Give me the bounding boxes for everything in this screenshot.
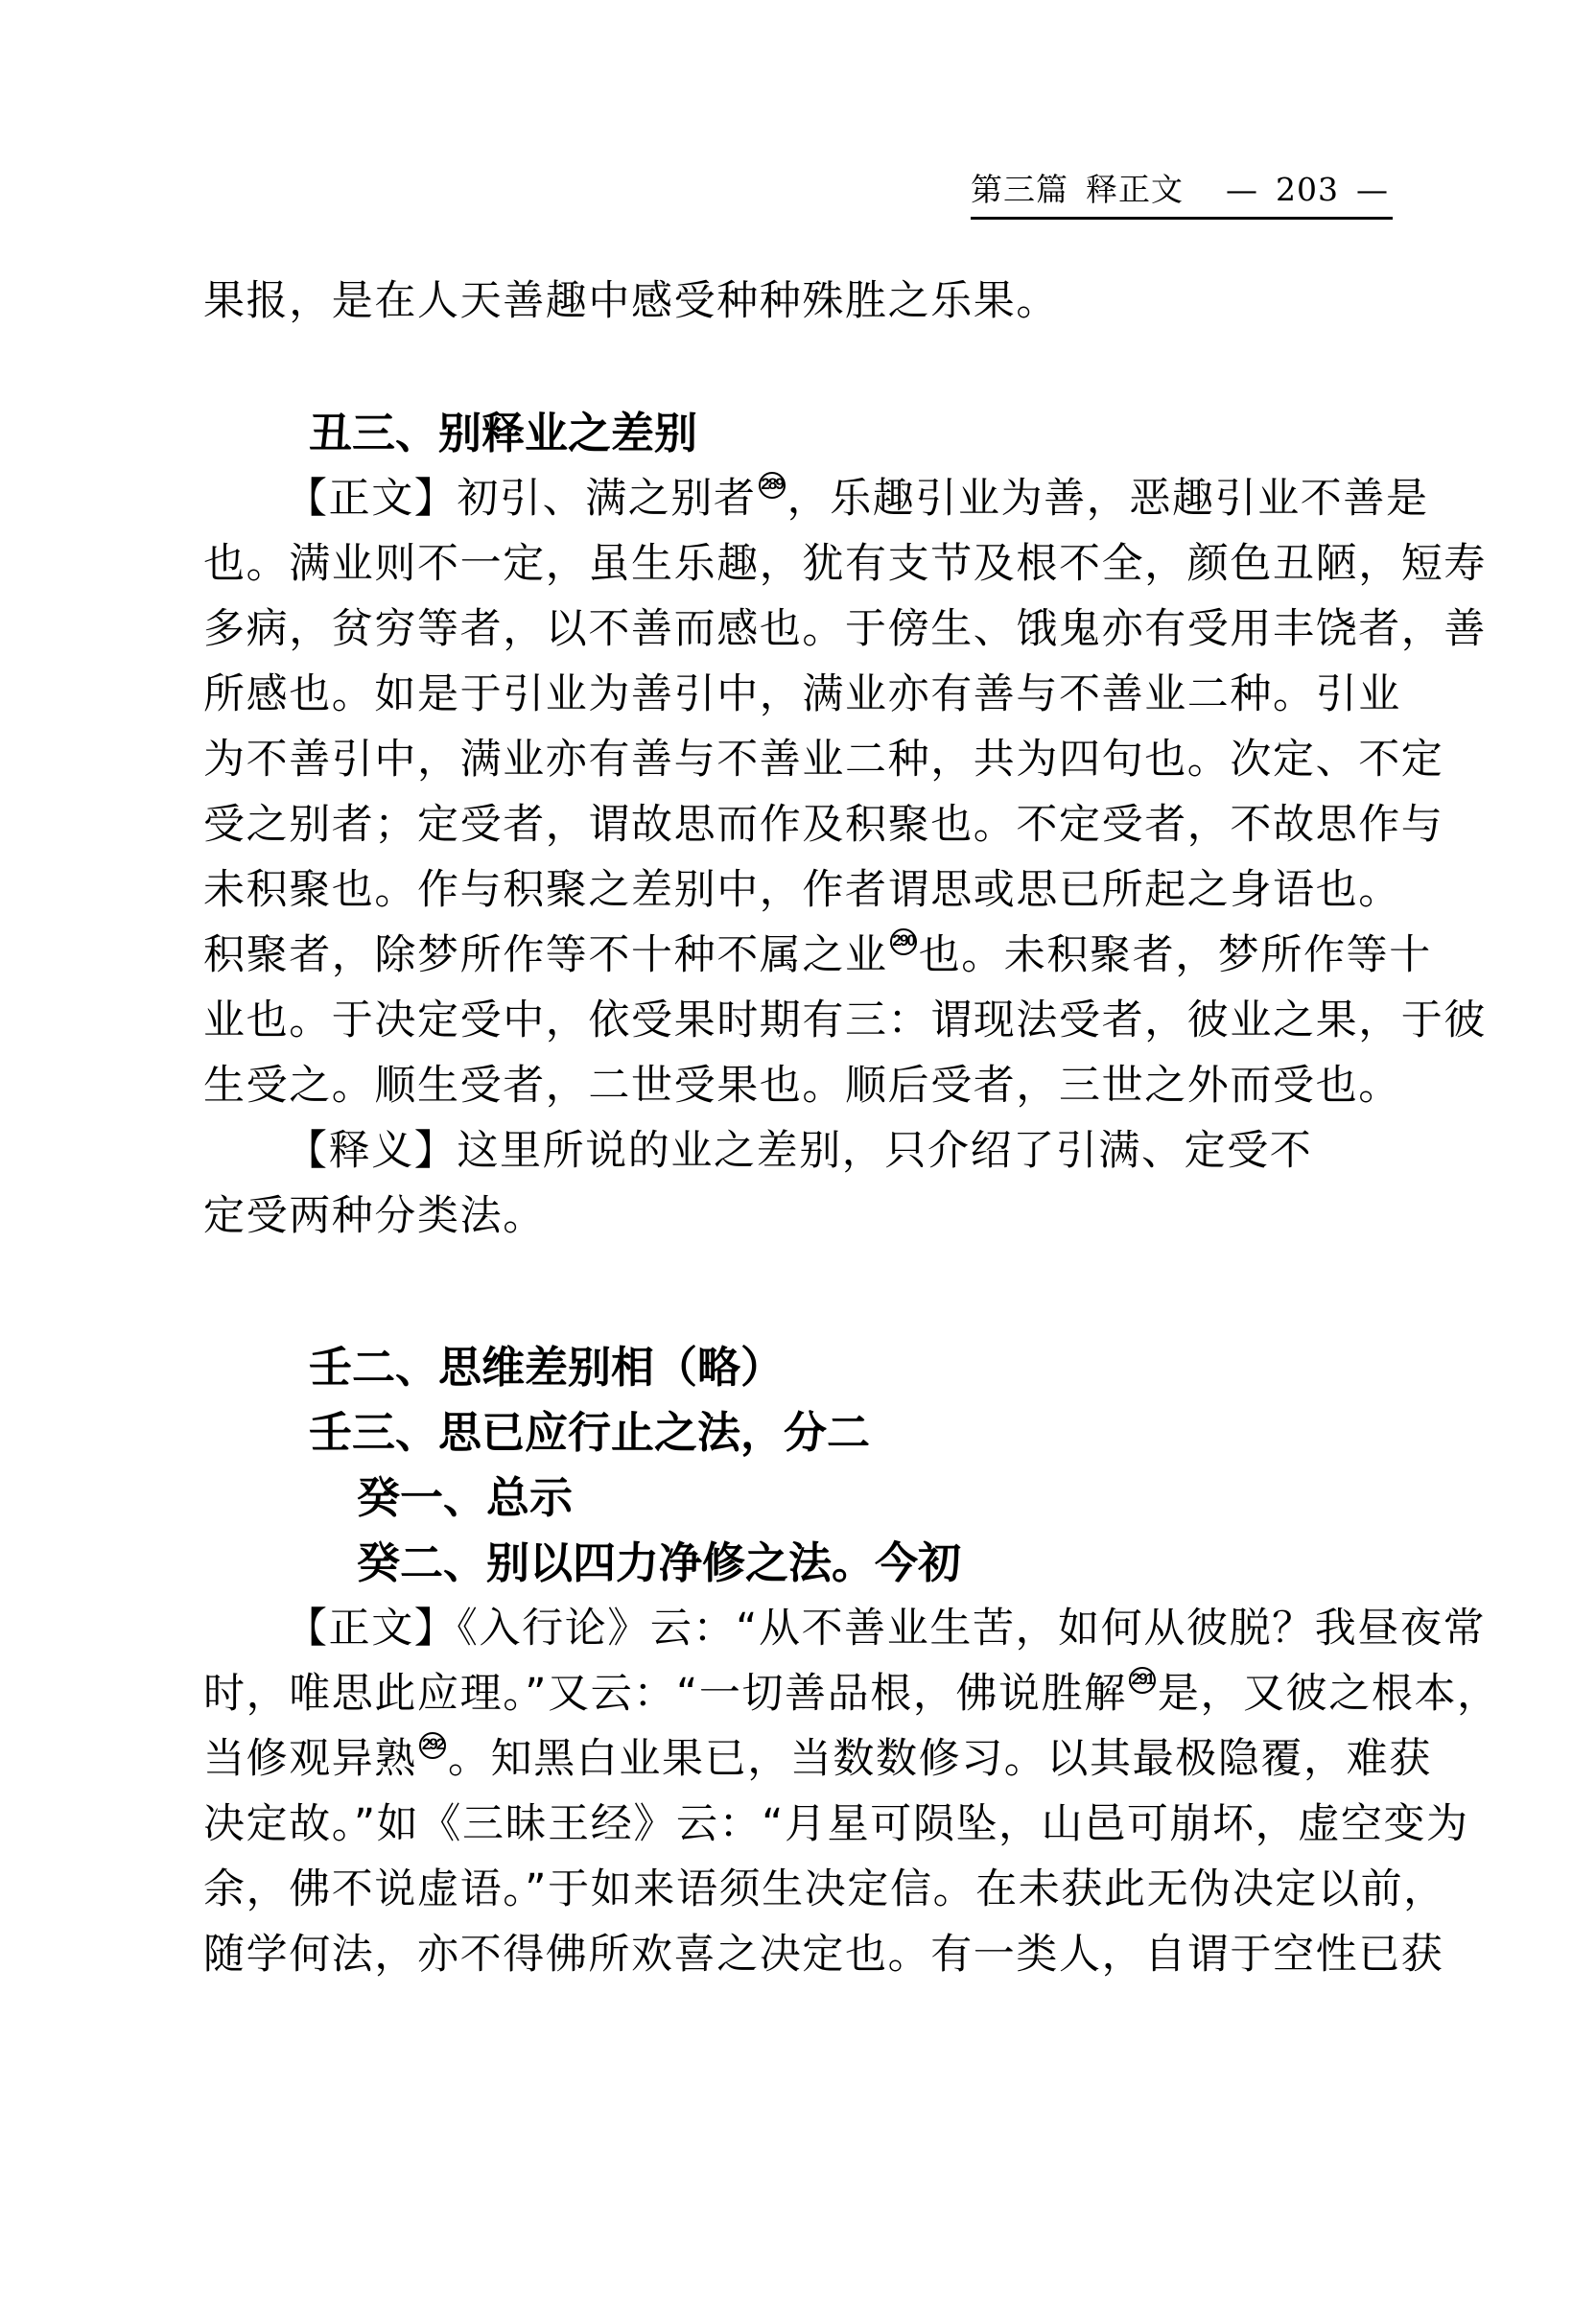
paragraph-line: 也。满业则不一定，虽生乐趣，犹有支节及根不全，颜色丑陋，短寿 [203, 531, 1397, 597]
running-head-section: 第三篇 [971, 171, 1068, 208]
paragraph-line: 【释义】这里所说的业之差别，只介绍了引满、定受不 [203, 1118, 1397, 1184]
continuation-line: 果报，是在人天善趣中感受种种殊胜之乐果。 [203, 269, 1397, 334]
paragraph-line: 当修观异熟292。知黑白业果已，当数数修习。以其最极隐覆，难获 [203, 1726, 1397, 1792]
running-head: 第三篇释正文—203— [971, 169, 1393, 220]
running-head-chapter: 释正文 [1086, 171, 1184, 208]
spacer [203, 1249, 1397, 1335]
outline-heading-ren3: 壬三、思已应行止之法，分二 [203, 1400, 1397, 1466]
zhengwen-block-2: 【正文】《入行论》云：“从不善业生苦，如何从彼脱？我昼夜常 时，唯思此应理。”又… [203, 1596, 1397, 1987]
outline-heading-gui2: 癸二、别以四力净修之法。今初 [203, 1531, 1397, 1596]
footnote-marker-290[interactable]: 290 [890, 928, 917, 955]
zhengwen-label: 【正文】 [286, 475, 457, 523]
zhengwen-label: 【正文】 [286, 1605, 457, 1653]
spacer [203, 334, 1397, 401]
running-head-dash-right: — [1356, 171, 1389, 208]
paragraph-line: 时，唯思此应理。”又云：“一切善品根，佛说胜解291是，又彼之根本， [203, 1661, 1397, 1726]
paragraph-line: 业也。于决定受中，依受果时期有三：谓现法受者，彼业之果，于彼 [203, 988, 1397, 1053]
paragraph-line: 为不善引中，满业亦有善与不善业二种，共为四句也。次定、不定 [203, 727, 1397, 792]
running-head-dash-left: — [1226, 171, 1258, 208]
paragraph-line: 【正文】初引、满之别者289，乐趣引业为善，恶趣引业不善是 [203, 466, 1397, 531]
footnote-marker-292[interactable]: 292 [419, 1732, 446, 1759]
paragraph-line: 余，佛不说虚语。”于如来语须生决定信。在未获此无伪决定以前， [203, 1857, 1397, 1922]
footnote-marker-291[interactable]: 291 [1129, 1667, 1156, 1694]
shiyi-label: 【释义】 [286, 1127, 457, 1175]
paragraph-line: 【正文】《入行论》云：“从不善业生苦，如何从彼脱？我昼夜常 [203, 1596, 1397, 1661]
paragraph-line: 积聚者，除梦所作等不十种不属之业290也。未积聚者，梦所作等十 [203, 923, 1397, 988]
page-body: 果报，是在人天善趣中感受种种殊胜之乐果。 丑三、别释业之差别 【正文】初引、满之… [203, 269, 1397, 1987]
section-heading-chou3: 丑三、别释业之差别 [203, 401, 1397, 466]
shiyi-block: 【释义】这里所说的业之差别，只介绍了引满、定受不 定受两种分类法。 [203, 1118, 1397, 1249]
zhengwen-block-1: 【正文】初引、满之别者289，乐趣引业为善，恶趣引业不善是 也。满业则不一定，虽… [203, 466, 1397, 1118]
paragraph-line: 受之别者；定受者，谓故思而作及积聚也。不定受者，不故思作与 [203, 792, 1397, 857]
outline-heading-ren2: 壬二、思维差别相（略） [203, 1335, 1397, 1400]
paragraph-line: 未积聚也。作与积聚之差别中，作者谓思或思已所起之身语也。 [203, 857, 1397, 923]
paragraph-line: 生受之。顺生受者，二世受果也。顺后受者，三世之外而受也。 [203, 1053, 1397, 1118]
footnote-marker-289[interactable]: 289 [759, 472, 786, 499]
paragraph-line: 决定故。”如《三昧王经》云：“月星可陨坠，山邑可崩坏，虚空变为 [203, 1792, 1397, 1857]
paragraph-line: 随学何法，亦不得佛所欢喜之决定也。有一类人，自谓于空性已获 [203, 1922, 1397, 1987]
paragraph-line: 定受两种分类法。 [203, 1184, 1397, 1249]
page-number: 203 [1276, 171, 1339, 208]
paragraph-line: 所感也。如是于引业为善引中，满业亦有善与不善业二种。引业 [203, 662, 1397, 727]
outline-heading-gui1: 癸一、总示 [203, 1466, 1397, 1531]
paragraph-line: 多病，贫穷等者，以不善而感也。于傍生、饿鬼亦有受用丰饶者，善 [203, 597, 1397, 662]
